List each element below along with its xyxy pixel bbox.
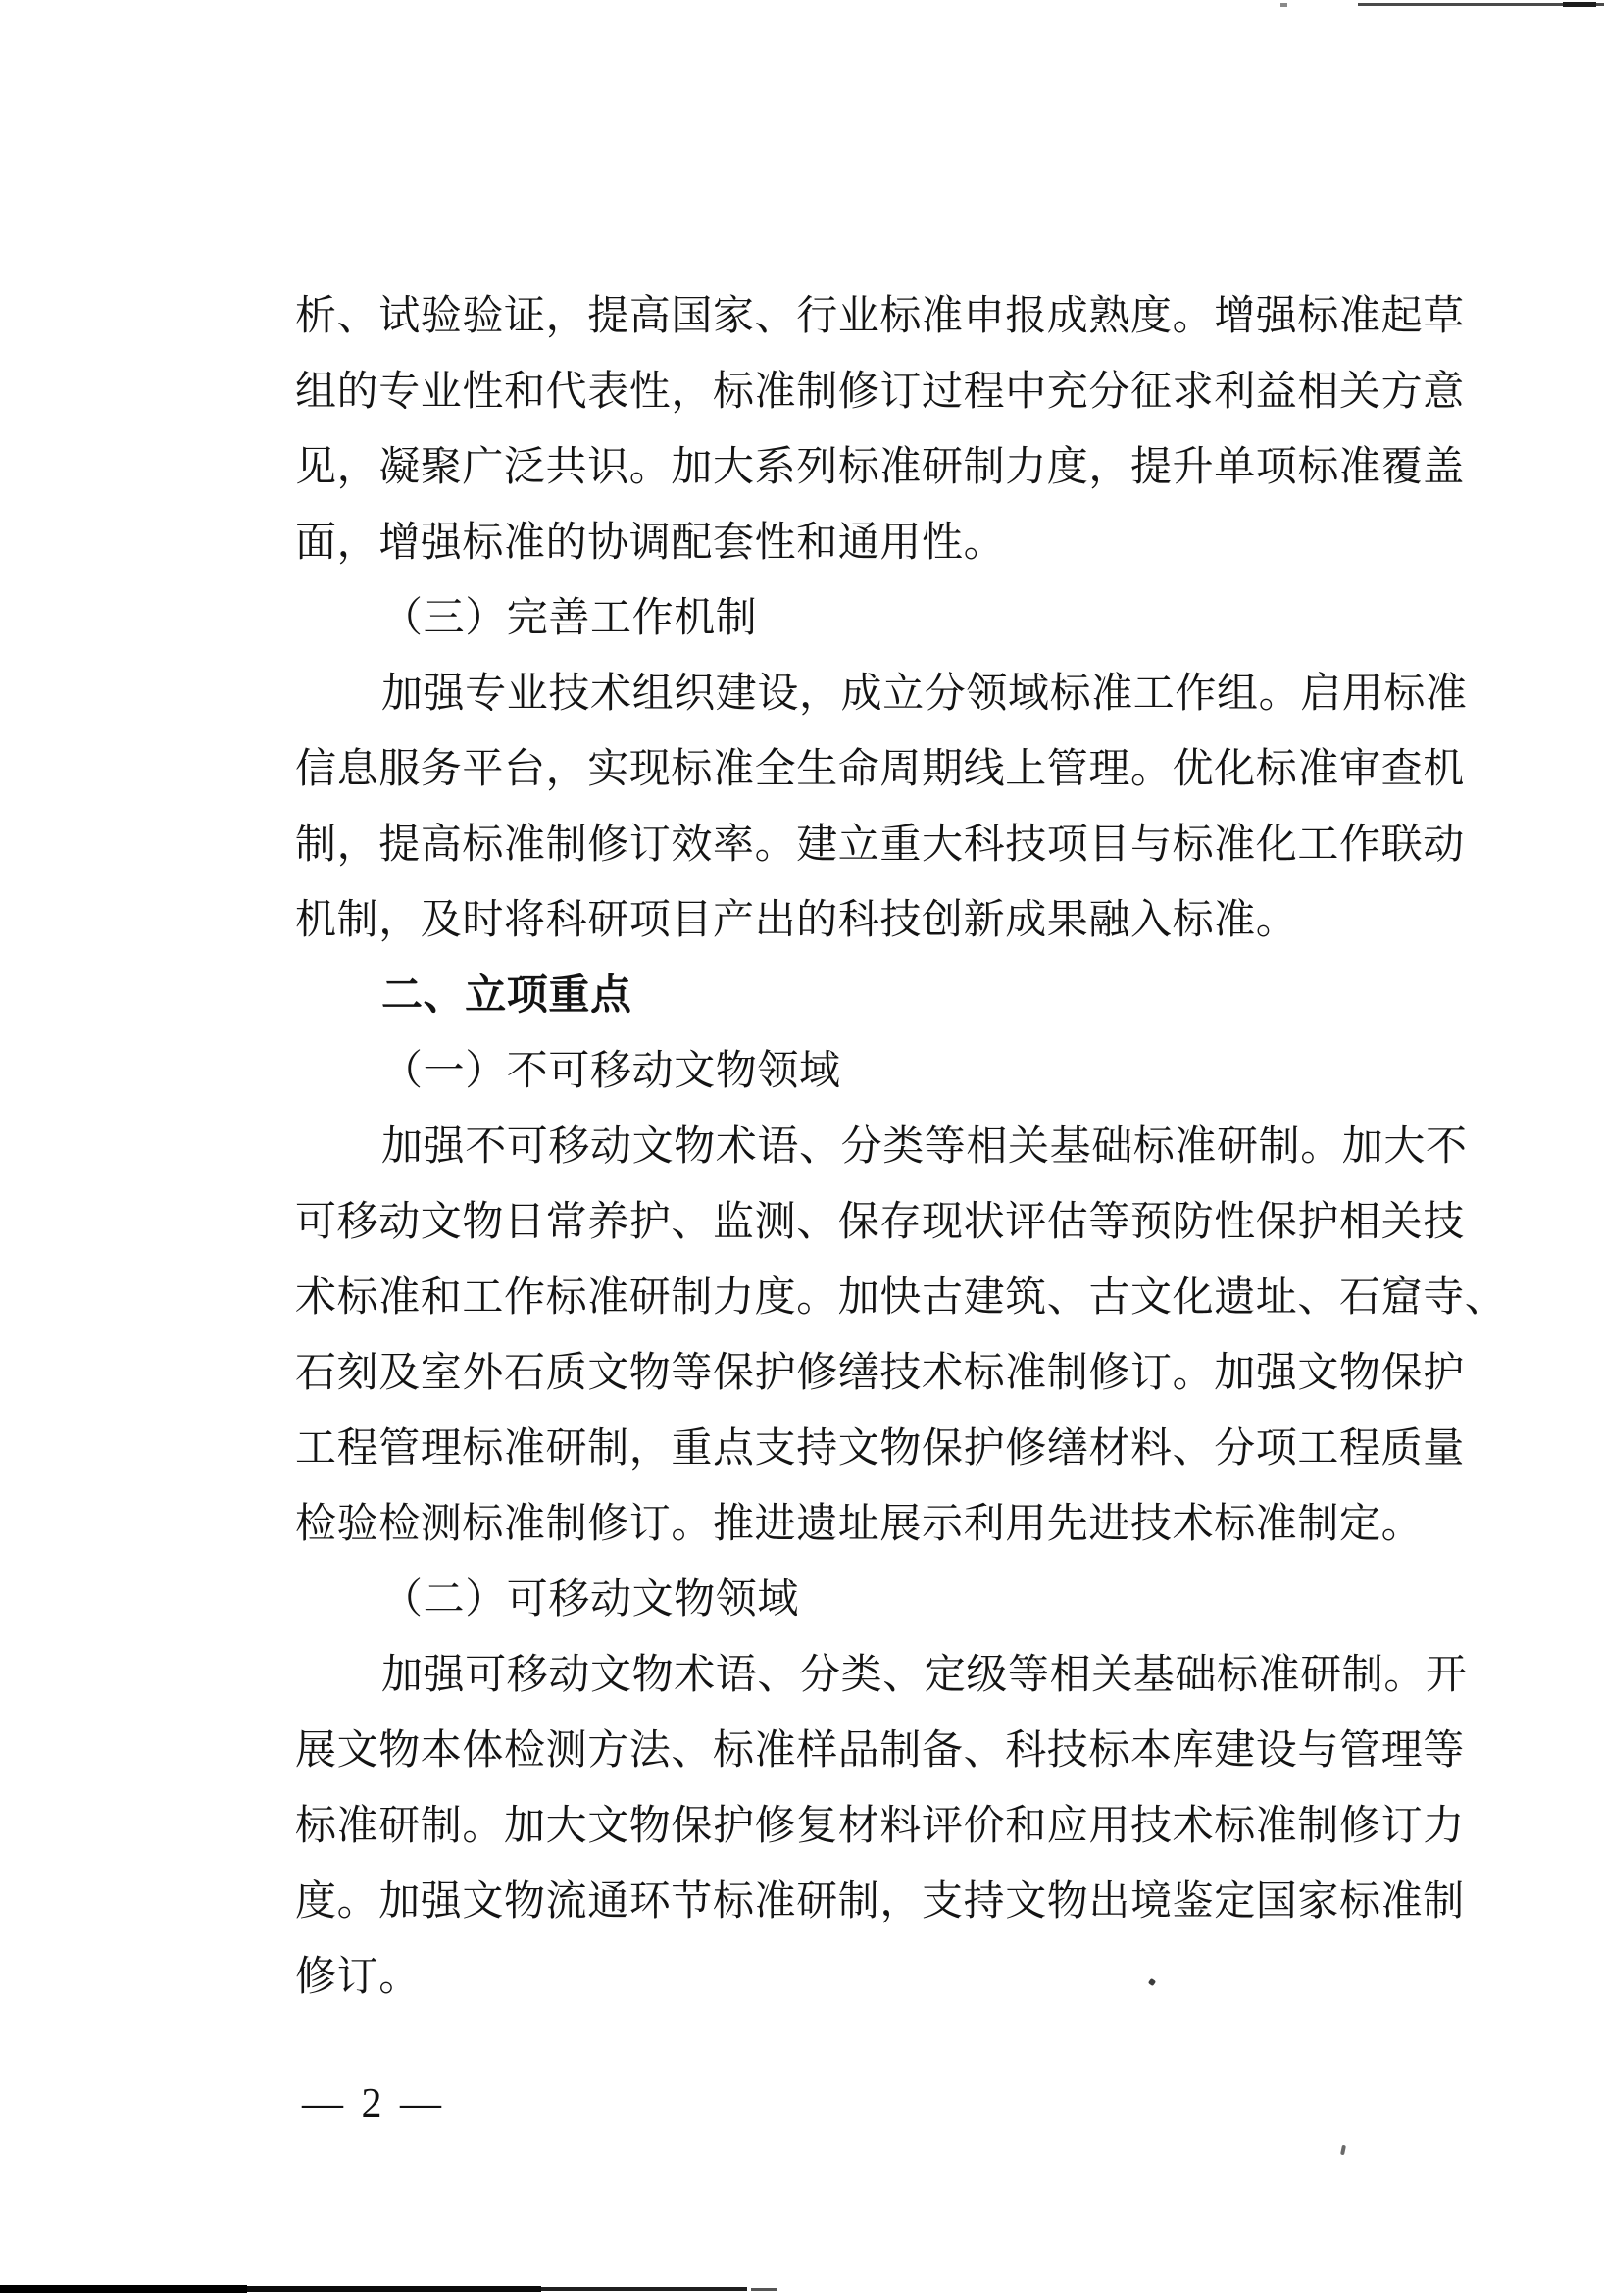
page-number: — 2 — — [302, 2080, 445, 2127]
paragraph-line: 石刻及室外石质文物等保护修缮技术标准制修订。加强文物保护 — [295, 1336, 1521, 1412]
paragraph-line: 加强可移动文物术语、分类、定级等相关基础标准研制。开 — [295, 1638, 1521, 1714]
scan-artifact-ink-tick — [1340, 2145, 1346, 2156]
section-heading: 二、立项重点 — [295, 959, 1521, 1034]
paragraph-line: 面，增强标准的协调配套性和通用性。 — [295, 506, 1521, 581]
paragraph-line: 析、试验验证，提高国家、行业标准申报成熟度。增强标准起草 — [295, 279, 1521, 355]
paragraph-line: 度。加强文物流通环节标准研制，支持文物出境鉴定国家标准制 — [295, 1865, 1521, 1940]
paragraph-line: 标准研制。加大文物保护修复材料评价和应用技术标准制修订力 — [295, 1789, 1521, 1865]
subsection-heading: （三）完善工作机制 — [295, 581, 1521, 657]
scan-artifact-bottom-bar — [0, 2285, 247, 2293]
paragraph-line: 制，提高标准制修订效率。建立重大科技项目与标准化工作联动 — [295, 808, 1521, 883]
paragraph-line: 可移动文物日常养护、监测、保存现状评估等预防性保护相关技 — [295, 1185, 1521, 1261]
paragraph-line: 加强不可移动文物术语、分类等相关基础标准研制。加大不 — [295, 1110, 1521, 1185]
subsection-heading: （一）不可移动文物领域 — [295, 1034, 1521, 1110]
paragraph-line: 检验检测标准制修订。推进遗址展示利用先进技术标准制定。 — [295, 1487, 1521, 1563]
paragraph-line: 工程管理标准研制，重点支持文物保护修缮材料、分项工程质量 — [295, 1412, 1521, 1487]
paragraph-line: 修订。 — [295, 1940, 1521, 2016]
scan-artifact-top-edge-dark — [1563, 2, 1596, 7]
paragraph-line: 组的专业性和代表性，标准制修订过程中充分征求利益相关方意 — [295, 355, 1521, 430]
paragraph-line: 机制，及时将科研项目产出的科技创新成果融入标准。 — [295, 883, 1521, 959]
paragraph-line: 信息服务平台，实现标准全生命周期线上管理。优化标准审查机 — [295, 732, 1521, 808]
scan-artifact-top-edge-speck — [1280, 3, 1287, 7]
scanned-document-page: 析、试验验证，提高国家、行业标准申报成熟度。增强标准起草组的专业性和代表性，标准… — [0, 0, 1604, 2296]
scan-artifact-bottom-bar-tail — [751, 2288, 777, 2291]
scan-artifact-bottom-bar — [541, 2287, 747, 2291]
paragraph-line: 见，凝聚广泛共识。加大系列标准研制力度，提升单项标准覆盖 — [295, 430, 1521, 506]
paragraph-line: 术标准和工作标准研制力度。加快古建筑、古文化遗址、石窟寺、 — [295, 1261, 1521, 1336]
document-body: 析、试验验证，提高国家、行业标准申报成熟度。增强标准起草组的专业性和代表性，标准… — [295, 279, 1521, 2016]
paragraph-line: 加强专业技术组织建设，成立分领域标准工作组。启用标准 — [295, 657, 1521, 732]
paragraph-line: 展文物本体检测方法、标准样品制备、科技标本库建设与管理等 — [295, 1714, 1521, 1789]
subsection-heading: （二）可移动文物领域 — [295, 1563, 1521, 1638]
scan-artifact-bottom-bar — [247, 2286, 541, 2292]
